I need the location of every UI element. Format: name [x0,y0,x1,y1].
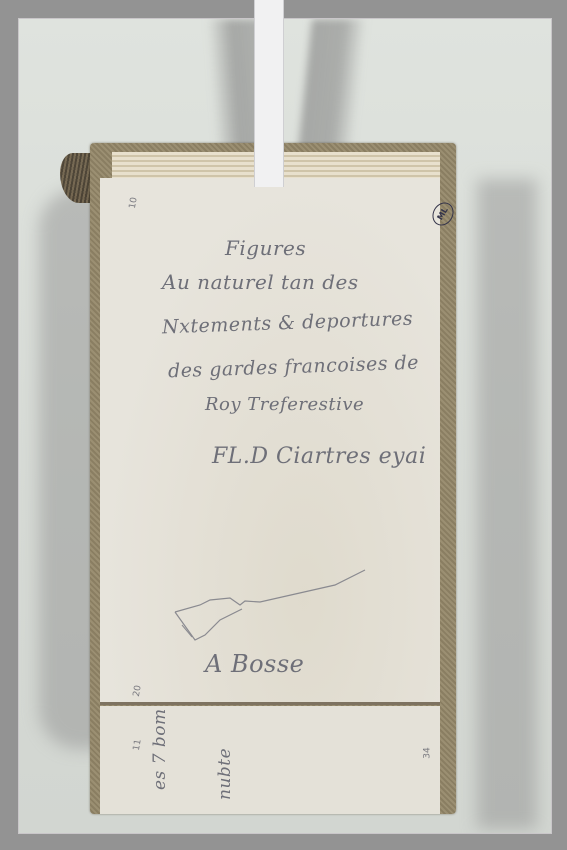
handwriting-line-6: FL.D Ciartres eyai [212,444,426,469]
handwriting-line-1: Figures [225,236,306,260]
page-number: 10 [128,196,140,209]
rifle-sketch-icon [170,565,370,645]
paper-strap [254,0,284,187]
handwriting-line-2: Au naturel tan des [162,270,359,294]
lower-page-number-left: 11 [132,738,144,751]
handwriting-line-5: Roy Treferestive [205,394,364,415]
lower-handwriting-2: nubte [215,748,235,800]
book-shadow-right [477,179,537,829]
book-gutter [100,702,440,705]
signature: A Bosse [205,650,304,678]
page-number-top-lower: 20 [132,684,144,697]
lower-page-number-right: 34 [423,747,433,758]
lower-handwriting-1: es 7 bom [150,708,170,790]
